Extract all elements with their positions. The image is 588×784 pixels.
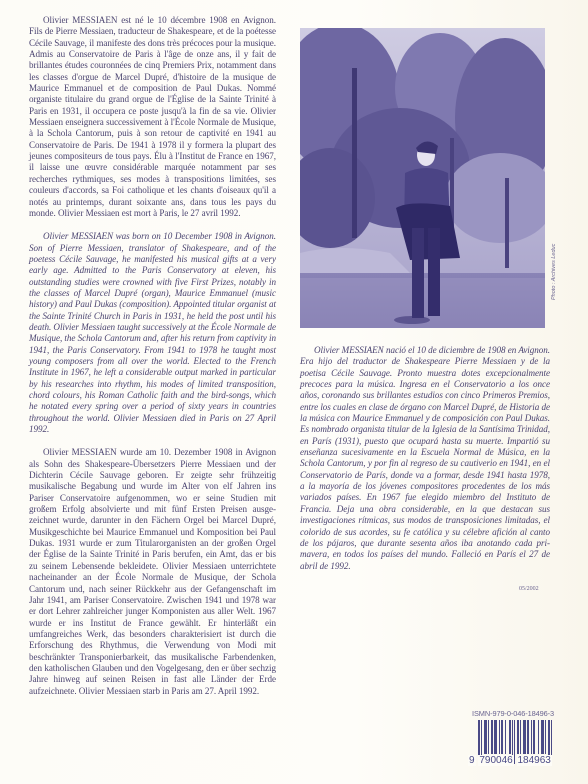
biography-spanish: Olivier MESSIAEN nació el 10 de diciembr…	[300, 345, 550, 572]
photo-image	[300, 28, 545, 328]
ismn-number: ISMN-979-0-046-18496-3	[465, 709, 577, 718]
barcode: ISMN-979-0-046-18496-3	[465, 709, 577, 773]
biography-french: Olivier MESSIAEN est né le 10 décembre 1…	[29, 15, 276, 219]
ean-digits-right: 184963	[517, 755, 552, 766]
left-column: Olivier MESSIAEN est né le 10 décembre 1…	[29, 15, 276, 697]
ean-digits: 9 790046 184963	[468, 755, 552, 766]
print-date: 05/2002	[519, 586, 539, 592]
biography-german: Olivier MESSIAEN wurde am 10. Dezember 1…	[29, 447, 276, 697]
biography-english: Olivier MESSIAEN was born on 10 December…	[29, 231, 276, 435]
ean-digits-left: 790046	[478, 755, 513, 766]
photo-credit: Photo : Archives Leduc	[551, 244, 557, 300]
back-cover-page: Olivier MESSIAEN est né le 10 décembre 1…	[0, 0, 588, 784]
composer-photo	[300, 28, 545, 328]
ean-digit-lead: 9	[468, 755, 476, 766]
right-column: Olivier MESSIAEN nació el 10 de diciembr…	[300, 345, 550, 572]
